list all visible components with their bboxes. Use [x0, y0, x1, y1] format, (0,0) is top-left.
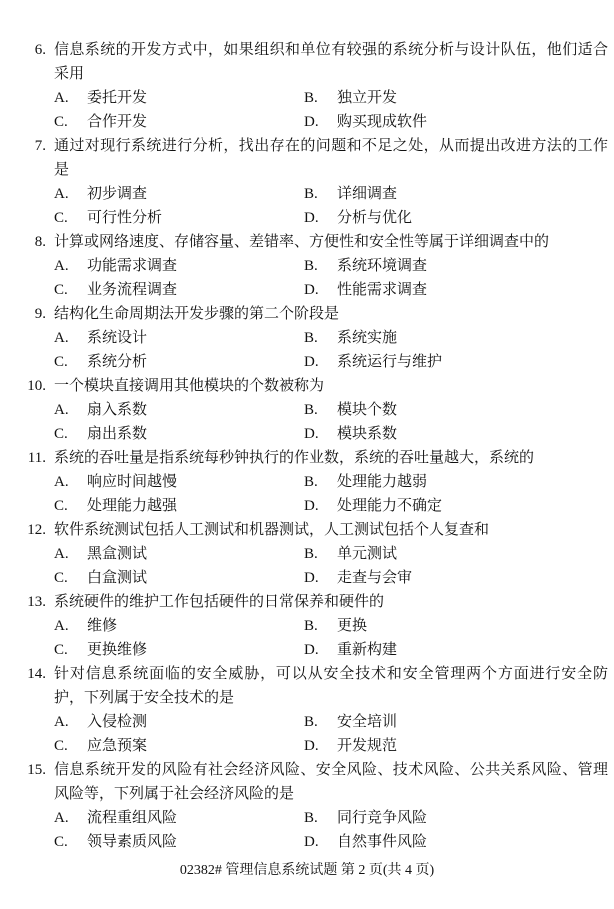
options-grid: A. 响应时间越慢 B. 处理能力越弱 C. 处理能力越强 D. 处理能力不确定	[54, 470, 614, 518]
option-d-text: 开发规范	[337, 734, 614, 758]
option-b: B. 独立开发	[304, 86, 614, 110]
option-c: C. 扇出系数	[54, 422, 304, 446]
option-b-text: 处理能力越弱	[337, 470, 614, 494]
option-b-text: 系统实施	[337, 326, 614, 350]
options-grid: A. 维修 B. 更换 C. 更换维修 D. 重新构建	[54, 614, 614, 662]
option-a-text: 维修	[87, 614, 304, 638]
option-b-text: 安全培训	[337, 710, 614, 734]
option-b-label: B.	[304, 398, 337, 422]
option-c: C. 系统分析	[54, 350, 304, 374]
option-c-label: C.	[54, 494, 87, 518]
question-stem: 结构化生命周期法开发步骤的第二个阶段是	[54, 302, 614, 326]
option-d-label: D.	[304, 350, 337, 374]
option-c-text: 白盒测试	[87, 566, 304, 590]
option-d-text: 购买现成软件	[337, 110, 614, 134]
option-b: B. 更换	[304, 614, 614, 638]
option-d: D. 走查与会审	[304, 566, 614, 590]
question-number: 9.	[0, 302, 46, 326]
option-d-text: 自然事件风险	[337, 830, 614, 854]
question-stem: 信息系统开发的风险有社会经济风险、安全风险、技术风险、公共关系风险、管理风险等，…	[54, 758, 614, 806]
option-d: D. 性能需求调查	[304, 278, 614, 302]
option-d-label: D.	[304, 422, 337, 446]
option-a-label: A.	[54, 86, 87, 110]
option-d: D. 模块系数	[304, 422, 614, 446]
question-block: 15. 信息系统开发的风险有社会经济风险、安全风险、技术风险、公共关系风险、管理…	[0, 758, 614, 854]
question-block: 13. 系统硬件的维护工作包括硬件的日常保养和硬件的 A. 维修 B. 更换 C…	[0, 590, 614, 662]
option-b-text: 详细调查	[337, 182, 614, 206]
option-a: A. 功能需求调查	[54, 254, 304, 278]
option-a-label: A.	[54, 470, 87, 494]
question-number: 6.	[0, 38, 46, 62]
option-c: C. 更换维修	[54, 638, 304, 662]
question-block: 14. 针对信息系统面临的安全威胁，可以从安全技术和安全管理两个方面进行安全防护…	[0, 662, 614, 758]
question-stem-row: 13. 系统硬件的维护工作包括硬件的日常保养和硬件的	[0, 590, 614, 614]
option-a-label: A.	[54, 254, 87, 278]
options-grid: A. 委托开发 B. 独立开发 C. 合作开发 D. 购买现成软件	[54, 86, 614, 134]
option-c: C. 应急预案	[54, 734, 304, 758]
question-number: 13.	[0, 590, 46, 614]
option-a-label: A.	[54, 182, 87, 206]
options-grid: A. 扇入系数 B. 模块个数 C. 扇出系数 D. 模块系数	[54, 398, 614, 446]
question-block: 8. 计算或网络速度、存储容量、差错率、方便性和安全性等属于详细调查中的 A. …	[0, 230, 614, 302]
option-b: B. 安全培训	[304, 710, 614, 734]
option-c-label: C.	[54, 278, 87, 302]
option-c-text: 应急预案	[87, 734, 304, 758]
question-block: 7. 通过对现行系统进行分析，找出存在的问题和不足之处，从而提出改进方法的工作是…	[0, 134, 614, 230]
question-stem-row: 6. 信息系统的开发方式中，如果组织和单位有较强的系统分析与设计队伍，他们适合采…	[0, 38, 614, 86]
option-c-text: 更换维修	[87, 638, 304, 662]
option-c-label: C.	[54, 422, 87, 446]
option-c-label: C.	[54, 206, 87, 230]
option-c: C. 处理能力越强	[54, 494, 304, 518]
option-a-label: A.	[54, 398, 87, 422]
option-d-label: D.	[304, 638, 337, 662]
option-b-text: 单元测试	[337, 542, 614, 566]
question-stem-row: 8. 计算或网络速度、存储容量、差错率、方便性和安全性等属于详细调查中的	[0, 230, 614, 254]
option-a-label: A.	[54, 542, 87, 566]
option-d-text: 系统运行与维护	[337, 350, 614, 374]
question-stem-row: 11. 系统的吞吐量是指系统每秒钟执行的作业数，系统的吞吐量越大，系统的	[0, 446, 614, 470]
question-block: 10. 一个模块直接调用其他模块的个数被称为 A. 扇入系数 B. 模块个数 C…	[0, 374, 614, 446]
option-c-text: 可行性分析	[87, 206, 304, 230]
option-d: D. 系统运行与维护	[304, 350, 614, 374]
option-c: C. 可行性分析	[54, 206, 304, 230]
option-a: A. 流程重组风险	[54, 806, 304, 830]
option-c-label: C.	[54, 734, 87, 758]
option-c: C. 合作开发	[54, 110, 304, 134]
question-stem-row: 9. 结构化生命周期法开发步骤的第二个阶段是	[0, 302, 614, 326]
option-a-text: 委托开发	[87, 86, 304, 110]
option-c-text: 领导素质风险	[87, 830, 304, 854]
option-d-text: 重新构建	[337, 638, 614, 662]
option-d-text: 模块系数	[337, 422, 614, 446]
options-grid: A. 系统设计 B. 系统实施 C. 系统分析 D. 系统运行与维护	[54, 326, 614, 374]
option-a-text: 入侵检测	[87, 710, 304, 734]
option-d-text: 性能需求调查	[337, 278, 614, 302]
question-number: 8.	[0, 230, 46, 254]
question-stem: 通过对现行系统进行分析，找出存在的问题和不足之处，从而提出改进方法的工作是	[54, 134, 614, 182]
option-b: B. 处理能力越弱	[304, 470, 614, 494]
options-grid: A. 黑盒测试 B. 单元测试 C. 白盒测试 D. 走查与会审	[54, 542, 614, 590]
option-a: A. 响应时间越慢	[54, 470, 304, 494]
option-d: D. 重新构建	[304, 638, 614, 662]
question-stem: 针对信息系统面临的安全威胁，可以从安全技术和安全管理两个方面进行安全防护，下列属…	[54, 662, 614, 710]
option-d: D. 开发规范	[304, 734, 614, 758]
option-c-text: 业务流程调查	[87, 278, 304, 302]
option-c: C. 白盒测试	[54, 566, 304, 590]
question-number: 12.	[0, 518, 46, 542]
option-d: D. 自然事件风险	[304, 830, 614, 854]
option-b-label: B.	[304, 614, 337, 638]
question-stem: 一个模块直接调用其他模块的个数被称为	[54, 374, 614, 398]
question-stem: 计算或网络速度、存储容量、差错率、方便性和安全性等属于详细调查中的	[54, 230, 614, 254]
option-b-text: 模块个数	[337, 398, 614, 422]
option-a-text: 系统设计	[87, 326, 304, 350]
option-a: A. 维修	[54, 614, 304, 638]
option-b-label: B.	[304, 254, 337, 278]
option-c-label: C.	[54, 566, 87, 590]
option-b: B. 系统实施	[304, 326, 614, 350]
question-stem-row: 12. 软件系统测试包括人工测试和机器测试，人工测试包括个人复查和	[0, 518, 614, 542]
page-footer: 02382# 管理信息系统试题 第 2 页(共 4 页)	[0, 860, 614, 882]
option-d-text: 处理能力不确定	[337, 494, 614, 518]
option-b: B. 同行竞争风险	[304, 806, 614, 830]
question-block: 6. 信息系统的开发方式中，如果组织和单位有较强的系统分析与设计队伍，他们适合采…	[0, 38, 614, 134]
option-c-label: C.	[54, 350, 87, 374]
option-b-text: 同行竞争风险	[337, 806, 614, 830]
option-a: A. 扇入系数	[54, 398, 304, 422]
option-a: A. 初步调查	[54, 182, 304, 206]
option-c-text: 扇出系数	[87, 422, 304, 446]
option-a-text: 响应时间越慢	[87, 470, 304, 494]
question-stem-row: 7. 通过对现行系统进行分析，找出存在的问题和不足之处，从而提出改进方法的工作是	[0, 134, 614, 182]
question-stem-row: 15. 信息系统开发的风险有社会经济风险、安全风险、技术风险、公共关系风险、管理…	[0, 758, 614, 806]
option-c: C. 业务流程调查	[54, 278, 304, 302]
option-d-label: D.	[304, 110, 337, 134]
question-block: 12. 软件系统测试包括人工测试和机器测试，人工测试包括个人复查和 A. 黑盒测…	[0, 518, 614, 590]
option-a: A. 系统设计	[54, 326, 304, 350]
options-grid: A. 入侵检测 B. 安全培训 C. 应急预案 D. 开发规范	[54, 710, 614, 758]
question-number: 14.	[0, 662, 46, 686]
exam-page: 6. 信息系统的开发方式中，如果组织和单位有较强的系统分析与设计队伍，他们适合采…	[0, 0, 614, 909]
option-c: C. 领导素质风险	[54, 830, 304, 854]
option-d-label: D.	[304, 830, 337, 854]
option-b-label: B.	[304, 710, 337, 734]
option-a-text: 初步调查	[87, 182, 304, 206]
option-d: D. 处理能力不确定	[304, 494, 614, 518]
option-d-label: D.	[304, 278, 337, 302]
question-number: 10.	[0, 374, 46, 398]
option-a-text: 功能需求调查	[87, 254, 304, 278]
option-d: D. 分析与优化	[304, 206, 614, 230]
option-a-label: A.	[54, 806, 87, 830]
option-b: B. 系统环境调查	[304, 254, 614, 278]
option-b-label: B.	[304, 86, 337, 110]
option-b-label: B.	[304, 470, 337, 494]
option-b-label: B.	[304, 542, 337, 566]
option-d-label: D.	[304, 494, 337, 518]
option-a-text: 黑盒测试	[87, 542, 304, 566]
option-a: A. 委托开发	[54, 86, 304, 110]
option-a-label: A.	[54, 614, 87, 638]
question-block: 9. 结构化生命周期法开发步骤的第二个阶段是 A. 系统设计 B. 系统实施 C…	[0, 302, 614, 374]
option-d-text: 走查与会审	[337, 566, 614, 590]
question-number: 15.	[0, 758, 46, 782]
options-grid: A. 流程重组风险 B. 同行竞争风险 C. 领导素质风险 D. 自然事件风险	[54, 806, 614, 854]
option-a-text: 流程重组风险	[87, 806, 304, 830]
question-list: 6. 信息系统的开发方式中，如果组织和单位有较强的系统分析与设计队伍，他们适合采…	[0, 38, 614, 854]
options-grid: A. 初步调查 B. 详细调查 C. 可行性分析 D. 分析与优化	[54, 182, 614, 230]
options-grid: A. 功能需求调查 B. 系统环境调查 C. 业务流程调查 D. 性能需求调查	[54, 254, 614, 302]
question-number: 7.	[0, 134, 46, 158]
option-b: B. 模块个数	[304, 398, 614, 422]
option-d-text: 分析与优化	[337, 206, 614, 230]
option-c-text: 合作开发	[87, 110, 304, 134]
option-c-text: 系统分析	[87, 350, 304, 374]
option-a-label: A.	[54, 326, 87, 350]
question-stem: 系统硬件的维护工作包括硬件的日常保养和硬件的	[54, 590, 614, 614]
question-stem: 信息系统的开发方式中，如果组织和单位有较强的系统分析与设计队伍，他们适合采用	[54, 38, 614, 86]
option-a: A. 入侵检测	[54, 710, 304, 734]
option-d: D. 购买现成软件	[304, 110, 614, 134]
option-b-label: B.	[304, 182, 337, 206]
option-d-label: D.	[304, 566, 337, 590]
question-stem-row: 14. 针对信息系统面临的安全威胁，可以从安全技术和安全管理两个方面进行安全防护…	[0, 662, 614, 710]
option-b: B. 单元测试	[304, 542, 614, 566]
question-stem: 系统的吞吐量是指系统每秒钟执行的作业数，系统的吞吐量越大，系统的	[54, 446, 614, 470]
option-a: A. 黑盒测试	[54, 542, 304, 566]
question-number: 11.	[0, 446, 46, 470]
option-b-text: 独立开发	[337, 86, 614, 110]
option-c-label: C.	[54, 638, 87, 662]
option-d-label: D.	[304, 206, 337, 230]
question-block: 11. 系统的吞吐量是指系统每秒钟执行的作业数，系统的吞吐量越大，系统的 A. …	[0, 446, 614, 518]
option-c-text: 处理能力越强	[87, 494, 304, 518]
option-a-text: 扇入系数	[87, 398, 304, 422]
option-b-text: 更换	[337, 614, 614, 638]
option-c-label: C.	[54, 110, 87, 134]
option-b-label: B.	[304, 326, 337, 350]
option-b-text: 系统环境调查	[337, 254, 614, 278]
option-b-label: B.	[304, 806, 337, 830]
option-d-label: D.	[304, 734, 337, 758]
question-stem: 软件系统测试包括人工测试和机器测试，人工测试包括个人复查和	[54, 518, 614, 542]
option-a-label: A.	[54, 710, 87, 734]
option-b: B. 详细调查	[304, 182, 614, 206]
option-c-label: C.	[54, 830, 87, 854]
question-stem-row: 10. 一个模块直接调用其他模块的个数被称为	[0, 374, 614, 398]
